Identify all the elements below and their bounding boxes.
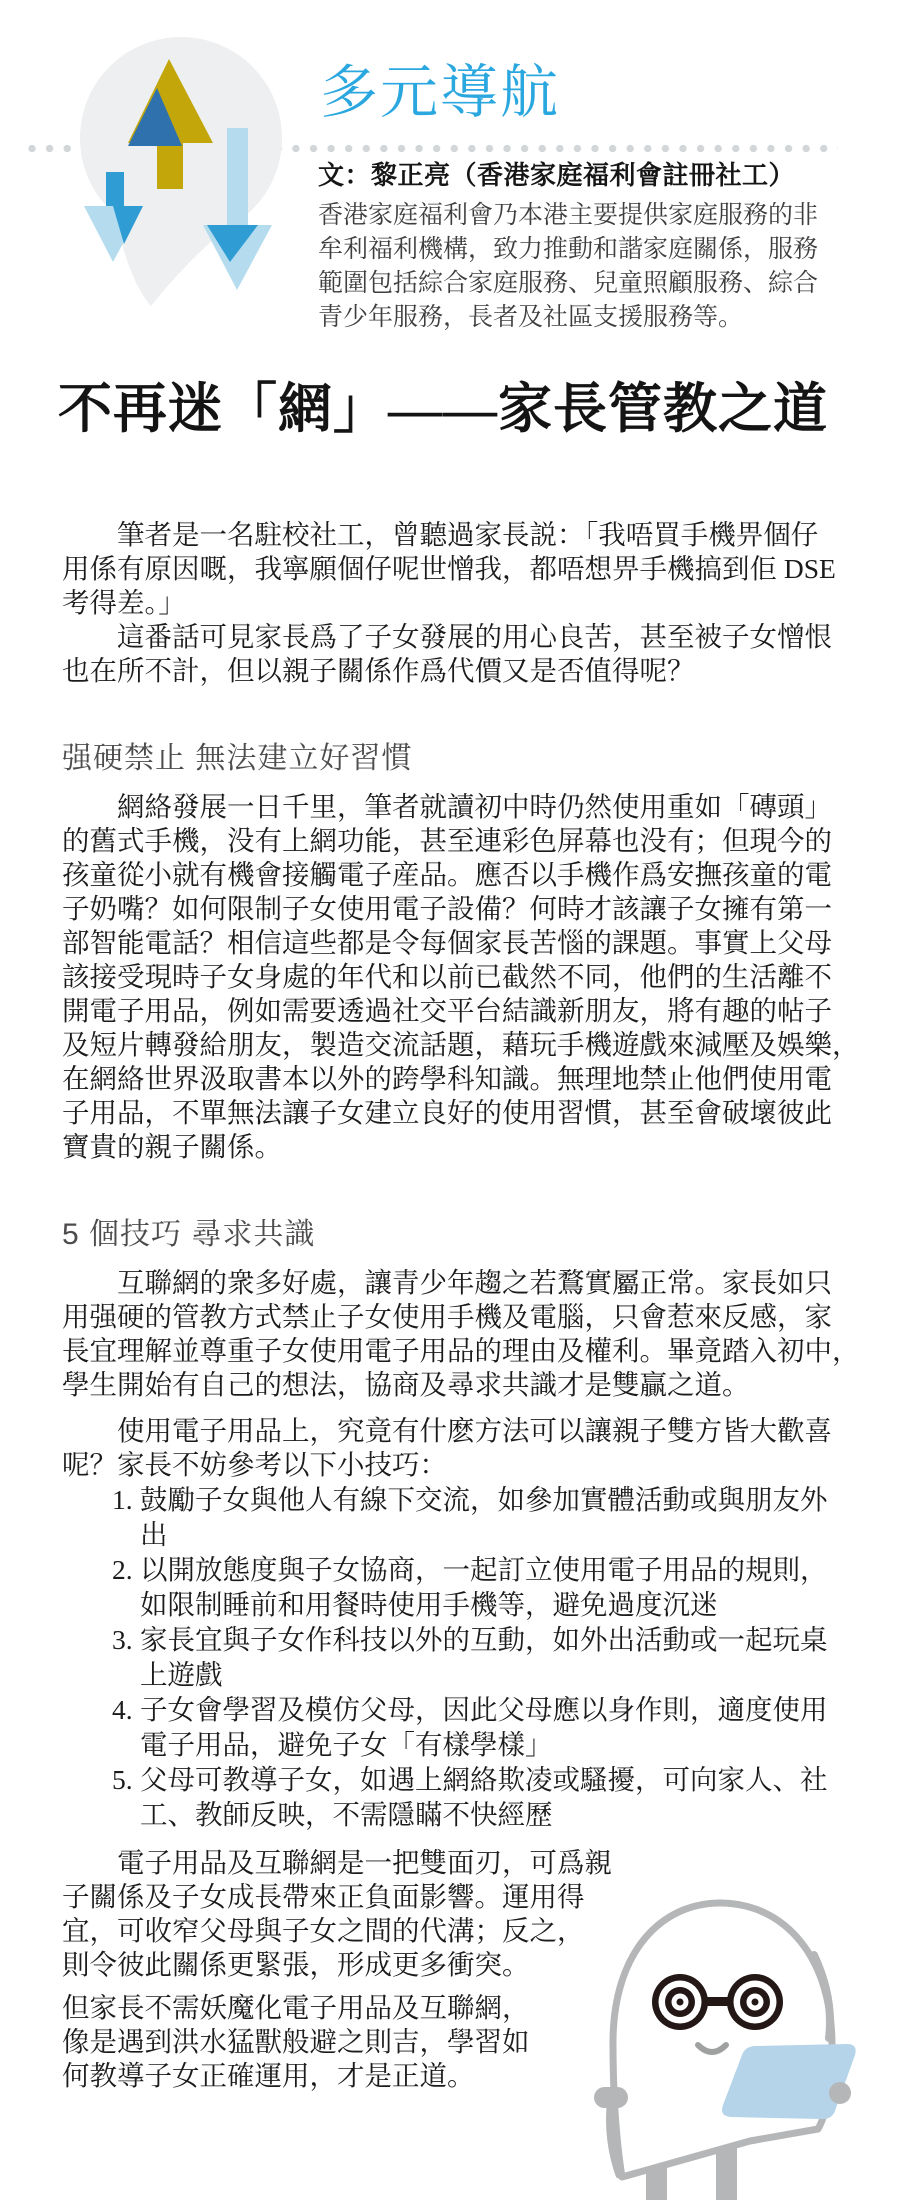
- byline: 文：黎正亮（香港家庭福利會註冊社工）: [318, 160, 795, 191]
- paragraph-1: 筆者是一名駐校社工，曾聽過家長説：「我唔買手機畀個仔 用係有原因嘅，我寧願個仔呢…: [62, 518, 874, 620]
- tip-item: 4. 子女會學習及模仿父母，因此父母應以身作則，適度使用 電子用品，避免子女「有…: [62, 1692, 874, 1762]
- tip-number: 3.: [112, 1622, 140, 1692]
- tip-text: 以開放態度與子女協商，一起訂立使用電子用品的規則， 如限制睡前和用餐時使用手機等…: [140, 1552, 874, 1622]
- section-heading-1: 强硬禁止 無法建立好習慣: [62, 740, 874, 778]
- tip-text: 家長宜與子女作科技以外的互動，如外出活動或一起玩桌 上遊戲: [140, 1622, 874, 1692]
- arrows-logo: [25, 5, 325, 335]
- tip-item: 1. 鼓勵子女與他人有線下交流，如參加實體活動或與朋友外 出: [62, 1482, 874, 1552]
- article-body: 筆者是一名駐校社工，曾聽過家長説：「我唔買手機畀個仔 用係有原因嘅，我寧願個仔呢…: [62, 518, 874, 2093]
- tip-text: 父母可教導子女，如遇上網絡欺凌或騷擾，可向家人、社 工、教師反映，不需隱瞞不快經…: [140, 1762, 874, 1832]
- mascot-tablet: [722, 2044, 856, 2119]
- tip-number: 1.: [112, 1482, 140, 1552]
- mascot-hand: [829, 2082, 851, 2104]
- paragraph-5: 使用電子用品上，究竟有什麽方法可以讓親子雙方皆大歡喜 呢？家長不妨參考以下小技巧…: [62, 1414, 874, 1482]
- tip-number: 4.: [112, 1692, 140, 1762]
- mascot-head: [613, 1903, 832, 2177]
- tip-item: 5. 父母可教導子女，如遇上網絡欺凌或騷擾，可向家人、社 工、教師反映，不需隱瞞…: [62, 1762, 874, 1832]
- tip-item: 3. 家長宜與子女作科技以外的互動，如外出活動或一起玩桌 上遊戲: [62, 1622, 874, 1692]
- tip-number: 2.: [112, 1552, 140, 1622]
- article-headline: 不再迷「網」——家長管教之道: [58, 376, 828, 444]
- section-heading-2: 5 個技巧 尋求共識: [62, 1216, 874, 1254]
- paragraph-4: 互聯網的衆多好處，讓青少年趨之若鶩實屬正常。家長如只 用强硬的管教方式禁止子女使…: [62, 1266, 874, 1402]
- column-title: 多元導航: [320, 58, 560, 128]
- intro-paragraph: 香港家庭福利會乃本港主要提供家庭服務的非 牟利福利機構，致力推動和諧家庭關係，服…: [318, 198, 858, 334]
- paragraph-3: 網絡發展一日千里，筆者就讀初中時仍然使用重如「磚頭」 的舊式手機，没有上網功能，…: [62, 790, 874, 1164]
- paragraph-2: 這番話可見家長爲了子女發展的用心良苦，甚至被子女憎恨 也在所不計，但以親子關係作…: [62, 620, 874, 688]
- tip-text: 子女會學習及模仿父母，因此父母應以身作則，適度使用 電子用品，避免子女「有樣學樣…: [140, 1692, 874, 1762]
- mascot-character: [588, 1893, 906, 2200]
- page: 多元導航 文：黎正亮（香港家庭福利會註冊社工） 香港家庭福利會乃本港主要提供家庭…: [0, 0, 906, 2200]
- tip-number: 5.: [112, 1762, 140, 1832]
- tip-text: 鼓勵子女與他人有線下交流，如參加實體活動或與朋友外 出: [140, 1482, 874, 1552]
- tip-item: 2. 以開放態度與子女協商，一起訂立使用電子用品的規則， 如限制睡前和用餐時使用…: [62, 1552, 874, 1622]
